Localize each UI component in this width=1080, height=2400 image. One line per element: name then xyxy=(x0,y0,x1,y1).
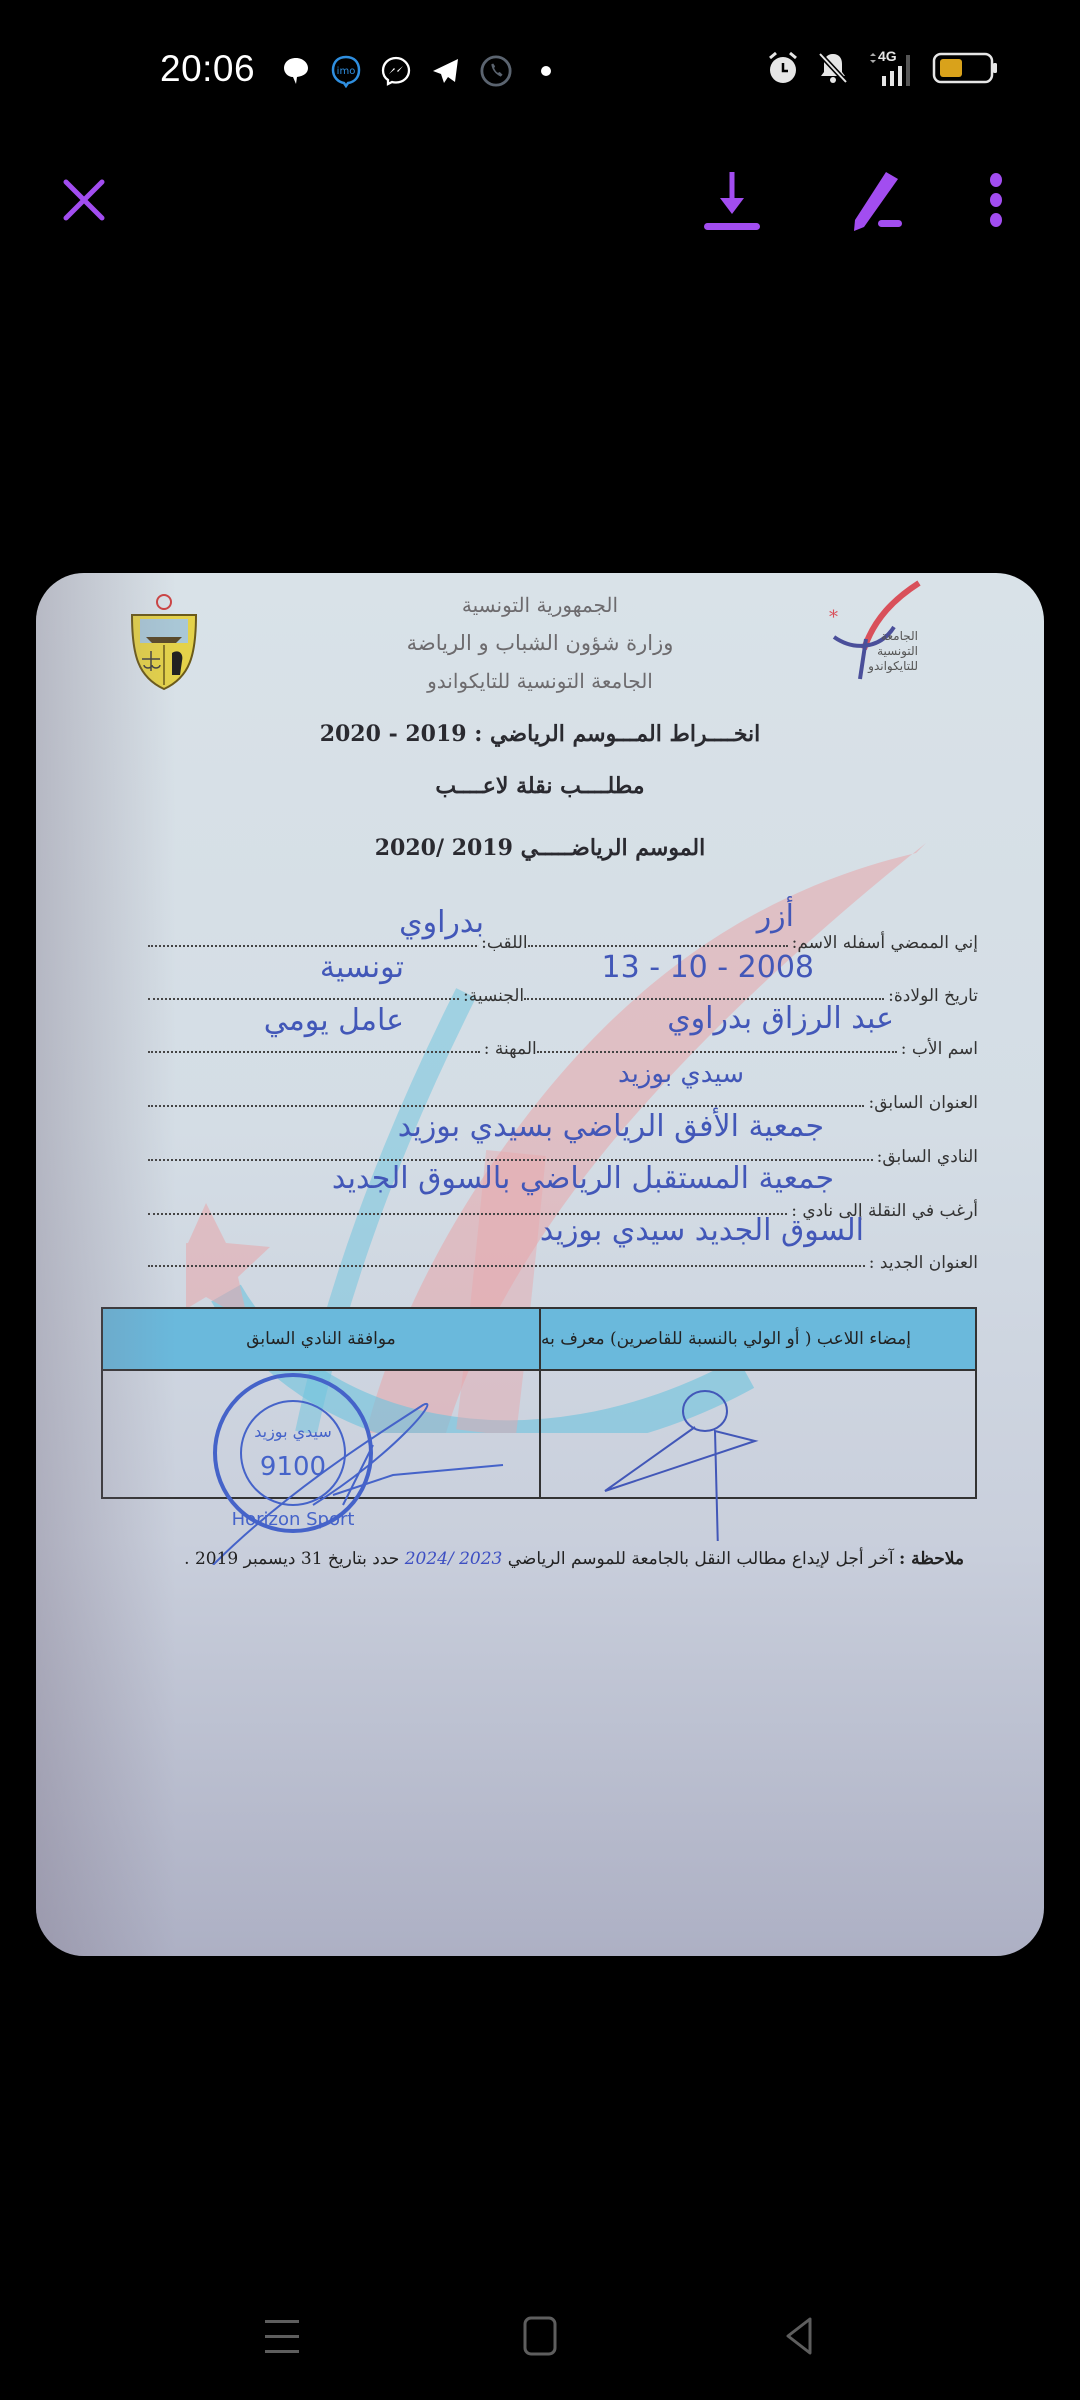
signal-4g-icon: 4G xyxy=(866,52,916,88)
field-birthdate-value: 13 - 10 - 2008 xyxy=(602,950,815,985)
phone-icon xyxy=(480,55,512,87)
download-button[interactable] xyxy=(700,168,764,232)
title-membership-season: انخــــراط المـــوسم الرياضي : 2019 - 20… xyxy=(36,721,1044,747)
download-icon xyxy=(700,168,764,232)
back-button[interactable] xyxy=(770,2306,830,2366)
field-prev-club-value: جمعية الأفق الرياضي بسيدي بوزيد xyxy=(398,1109,824,1144)
recent-apps-button[interactable] xyxy=(252,2306,312,2366)
player-signature-cell xyxy=(539,1371,975,1497)
more-options-button[interactable] xyxy=(964,168,1028,232)
imo-icon: imo xyxy=(330,55,362,87)
header-federation: الجامعة التونسية للتايكواندو xyxy=(36,669,1044,693)
photo-shadow xyxy=(36,573,176,1956)
battery-icon xyxy=(932,51,1000,89)
alarm-icon xyxy=(766,50,800,90)
svg-text:imo: imo xyxy=(337,66,356,77)
chat-bubble-icon xyxy=(280,55,312,87)
status-time: 20:06 xyxy=(160,48,255,90)
header-ministry: وزارة شؤون الشباب و الرياضة xyxy=(36,631,1044,655)
mute-bell-icon xyxy=(816,50,850,90)
messenger-icon xyxy=(380,55,412,87)
edit-pen-icon xyxy=(842,168,906,232)
svg-text:سيدي بوزيد: سيدي بوزيد xyxy=(254,1422,332,1442)
more-dot-icon xyxy=(530,55,562,87)
navigation-bar xyxy=(0,2270,1080,2400)
status-bar: 20:06 imo 4G xyxy=(0,0,1080,140)
field-new-address-value: السوق الجديد سيدي بوزيد xyxy=(540,1213,864,1248)
home-icon xyxy=(520,2316,560,2356)
field-profession-value: عامل يومي xyxy=(264,1003,404,1038)
home-button[interactable] xyxy=(510,2306,570,2366)
field-name-value: أزر xyxy=(757,899,794,934)
deadline-note: ملاحظة : آخر أجل لإيداع مطالب النقل بالج… xyxy=(184,1549,964,1569)
field-father-value: عبد الرزاق بدراوي xyxy=(667,1001,894,1036)
title-sports-season: الموسم الرياضـــــي 2019 /2020 xyxy=(36,835,1044,861)
field-new-club-value: جمعية المستقبل الرياضي بالسوق الجديد xyxy=(332,1161,834,1196)
viewer-toolbar xyxy=(0,150,1080,250)
system-icons: 4G xyxy=(766,52,1000,88)
svg-text:Horizon Sport: Horizon Sport xyxy=(232,1509,355,1530)
field-surname-value: بدراوي xyxy=(399,905,484,940)
player-signature xyxy=(565,1371,865,1541)
telegram-icon xyxy=(430,55,462,87)
close-button[interactable] xyxy=(52,168,116,232)
form-row-prev-address: العنوان السابق: xyxy=(148,1073,978,1113)
club-stamp: سيدي بوزيد 9100 Horizon Sport xyxy=(193,1365,523,1565)
form-row-birth: تاريخ الولادة: الجنسية: xyxy=(148,966,978,1006)
transfer-request-form: * الجامعة التونسية للتايكواندو الجمهورية… xyxy=(36,573,1044,1956)
field-nationality-value: تونسية xyxy=(320,950,404,985)
form-row-name: إني الممضي أسفله الاسم: اللقب: xyxy=(148,913,978,953)
back-icon xyxy=(780,2316,820,2356)
notification-icons: imo xyxy=(280,54,562,88)
close-icon xyxy=(62,178,106,222)
recent-apps-icon xyxy=(262,2316,302,2356)
header-republic: الجمهورية التونسية xyxy=(36,593,1044,617)
field-prev-address-value: سيدي بوزيد xyxy=(618,1059,744,1089)
signature-table: إمضاء اللاعب ( أو الولي بالنسبة للقاصرين… xyxy=(101,1307,977,1499)
more-vertical-icon xyxy=(986,170,1006,230)
edit-button[interactable] xyxy=(842,168,906,232)
title-transfer-request: مطلــــب نقلة لاعــــب xyxy=(36,773,1044,799)
header-player-signature: إمضاء اللاعب ( أو الولي بالنسبة للقاصرين… xyxy=(539,1309,975,1371)
document-image[interactable]: * الجامعة التونسية للتايكواندو الجمهورية… xyxy=(36,573,1044,1956)
